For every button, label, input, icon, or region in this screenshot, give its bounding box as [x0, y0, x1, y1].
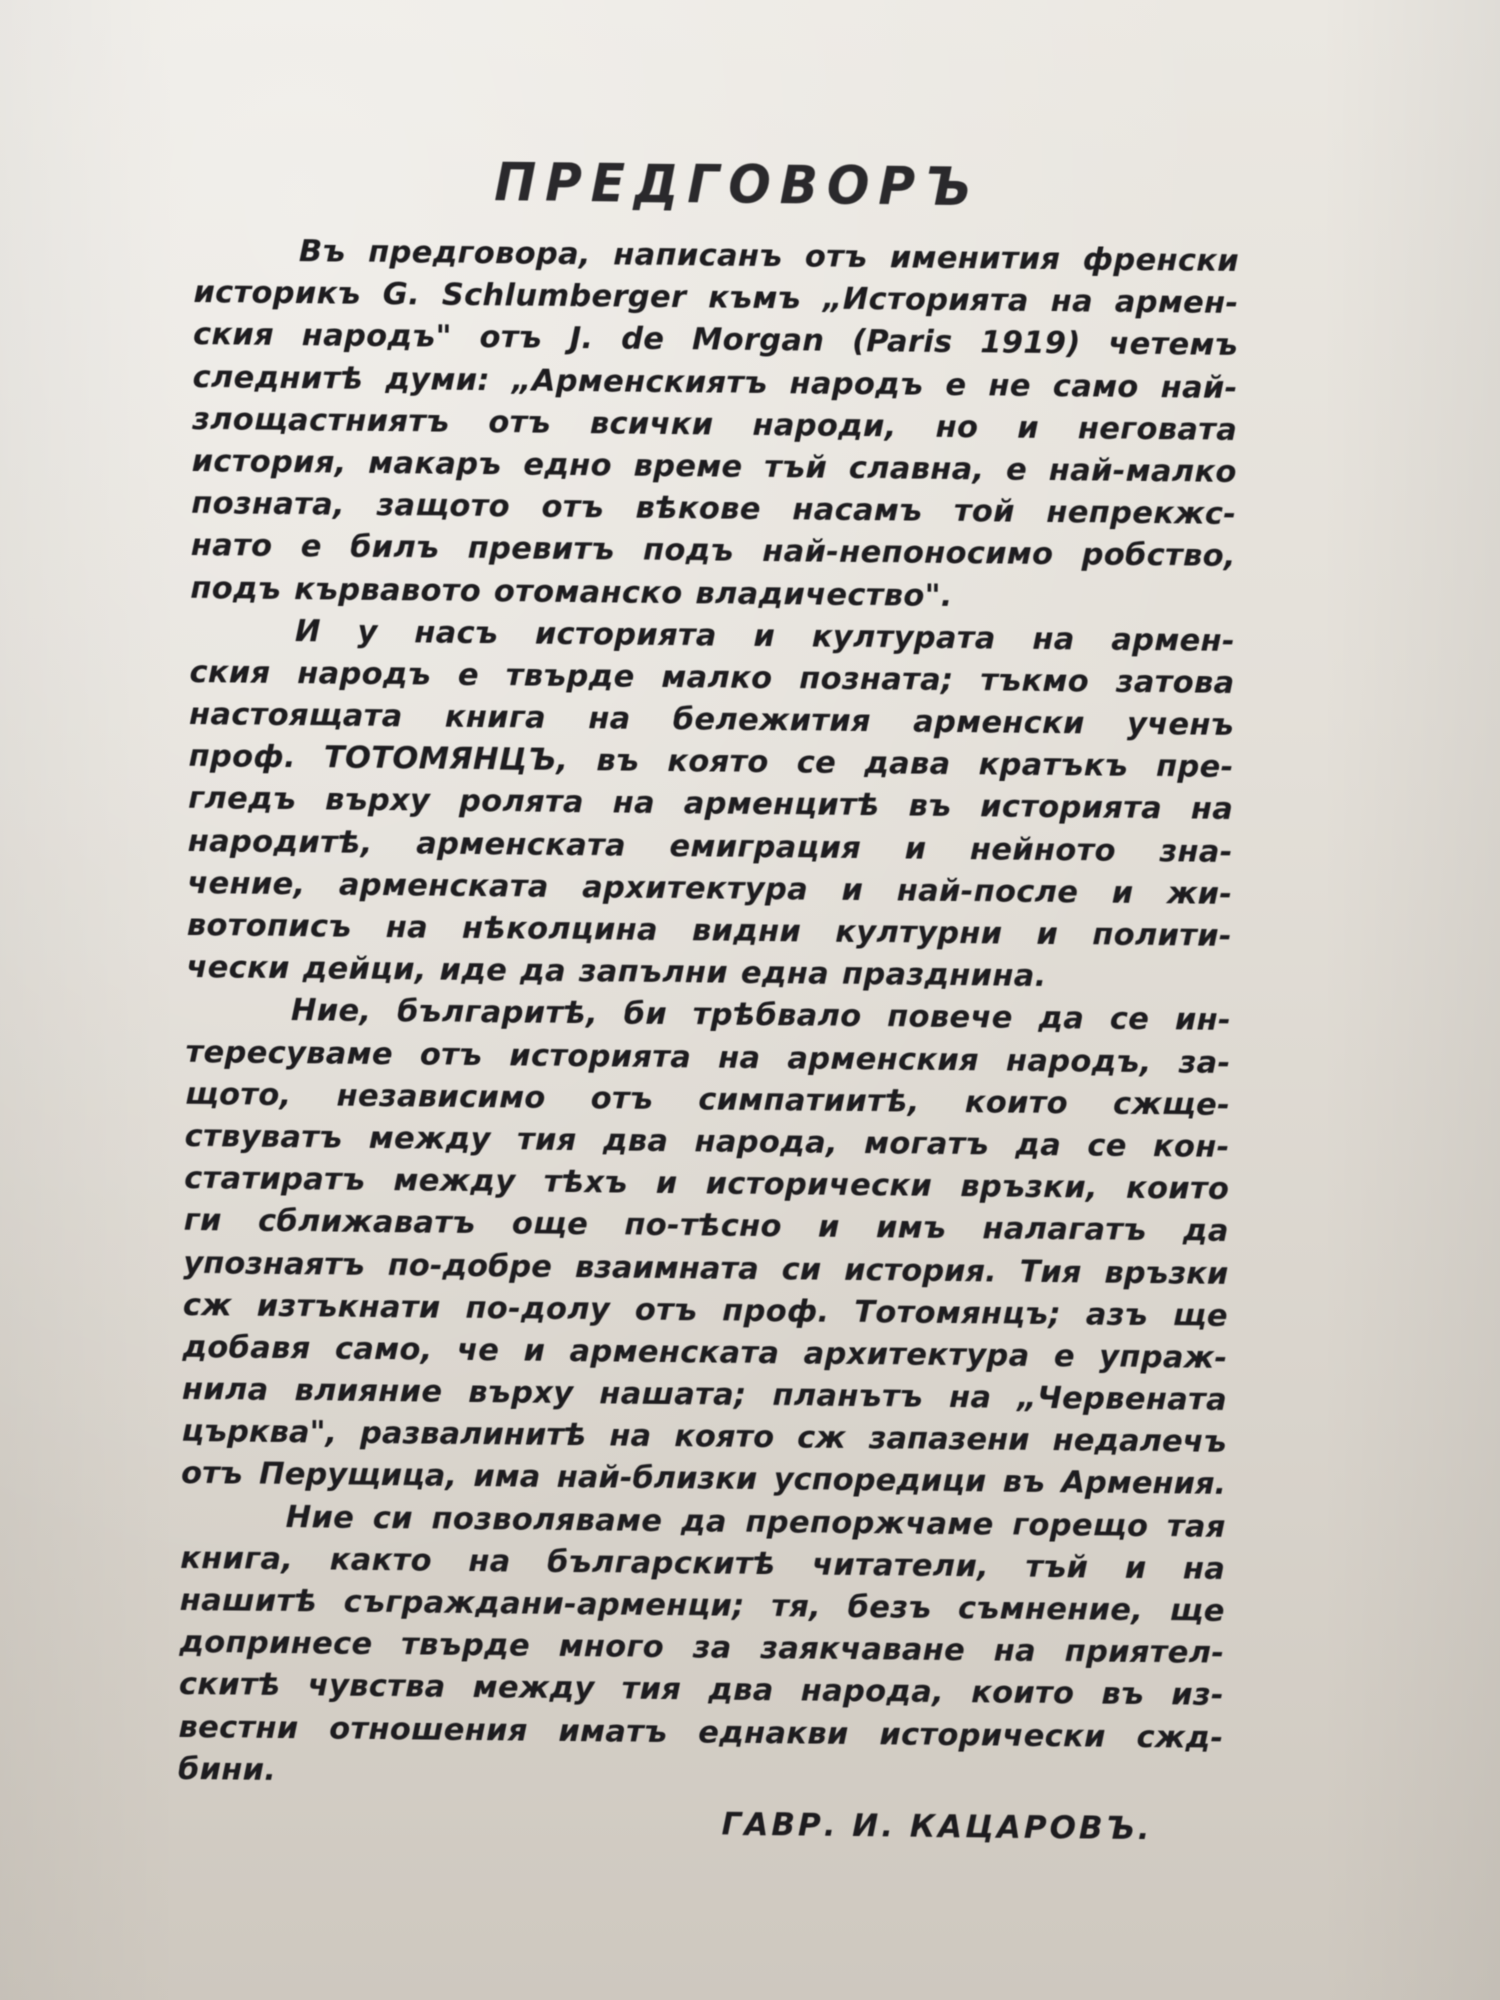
document-page: ПРЕДГОВОРЪ Въ предговора, написанъ отъ и… — [177, 150, 1240, 1848]
page-title: ПРЕДГОВОРЪ — [234, 149, 1240, 220]
paragraph-4: Ние си позволяваме да препоржчаме горещо… — [178, 1496, 1226, 1802]
author-signature: ГАВР. И. КАЦАРОВЪ. — [177, 1801, 1222, 1848]
paragraph-3: Ние, българитѣ, би трѣбвало повече да се… — [181, 989, 1231, 1506]
paragraph-1: Въ предговора, написанъ отъ именития фре… — [190, 230, 1239, 621]
paragraph-2: И у насъ историята и културата на армен-… — [186, 610, 1235, 1001]
